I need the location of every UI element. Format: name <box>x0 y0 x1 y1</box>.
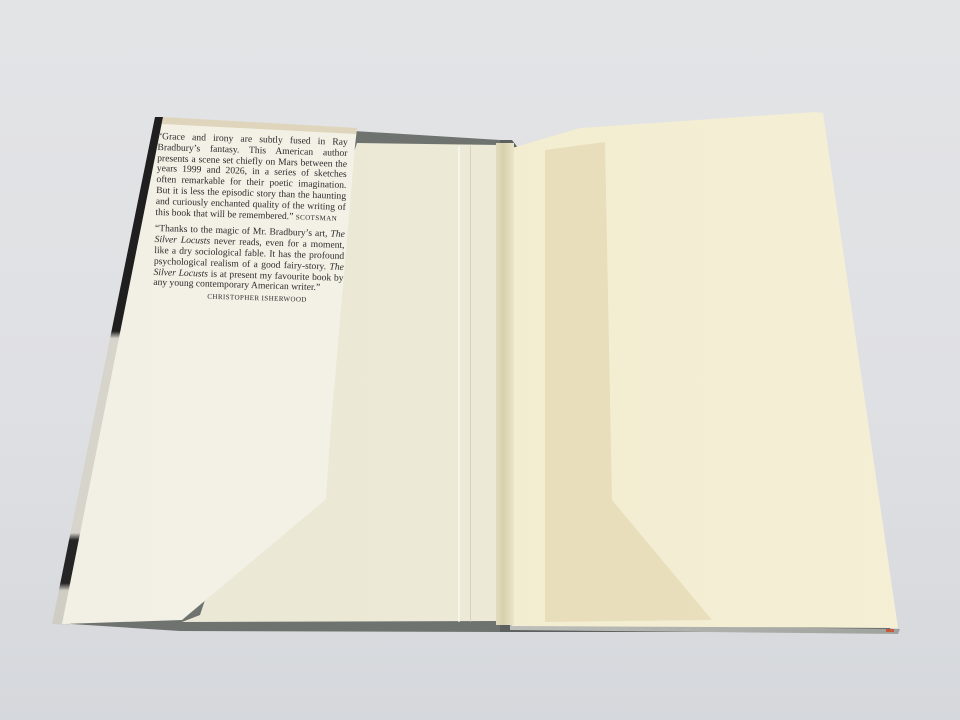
review-scotsman-quote: “Grace and irony are subtly fused in Ray… <box>155 131 348 222</box>
review-isherwood-attribution: CHRISTOPHER ISHERWOOD <box>153 290 307 306</box>
hinge-fold-line <box>458 146 460 622</box>
flap-review-text: “Grace and irony are subtly fused in Ray… <box>153 132 348 313</box>
book-gutter <box>496 143 514 625</box>
review-scotsman-attribution: SCOTSMAN <box>296 213 338 222</box>
review-isherwood: “Thanks to the magic of Mr. Bradbury’s a… <box>153 224 345 307</box>
book-page-edge-red-tip <box>886 629 894 632</box>
review-scotsman: “Grace and irony are subtly fused in Ray… <box>155 132 348 224</box>
hinge-fold-line-2 <box>470 146 471 622</box>
